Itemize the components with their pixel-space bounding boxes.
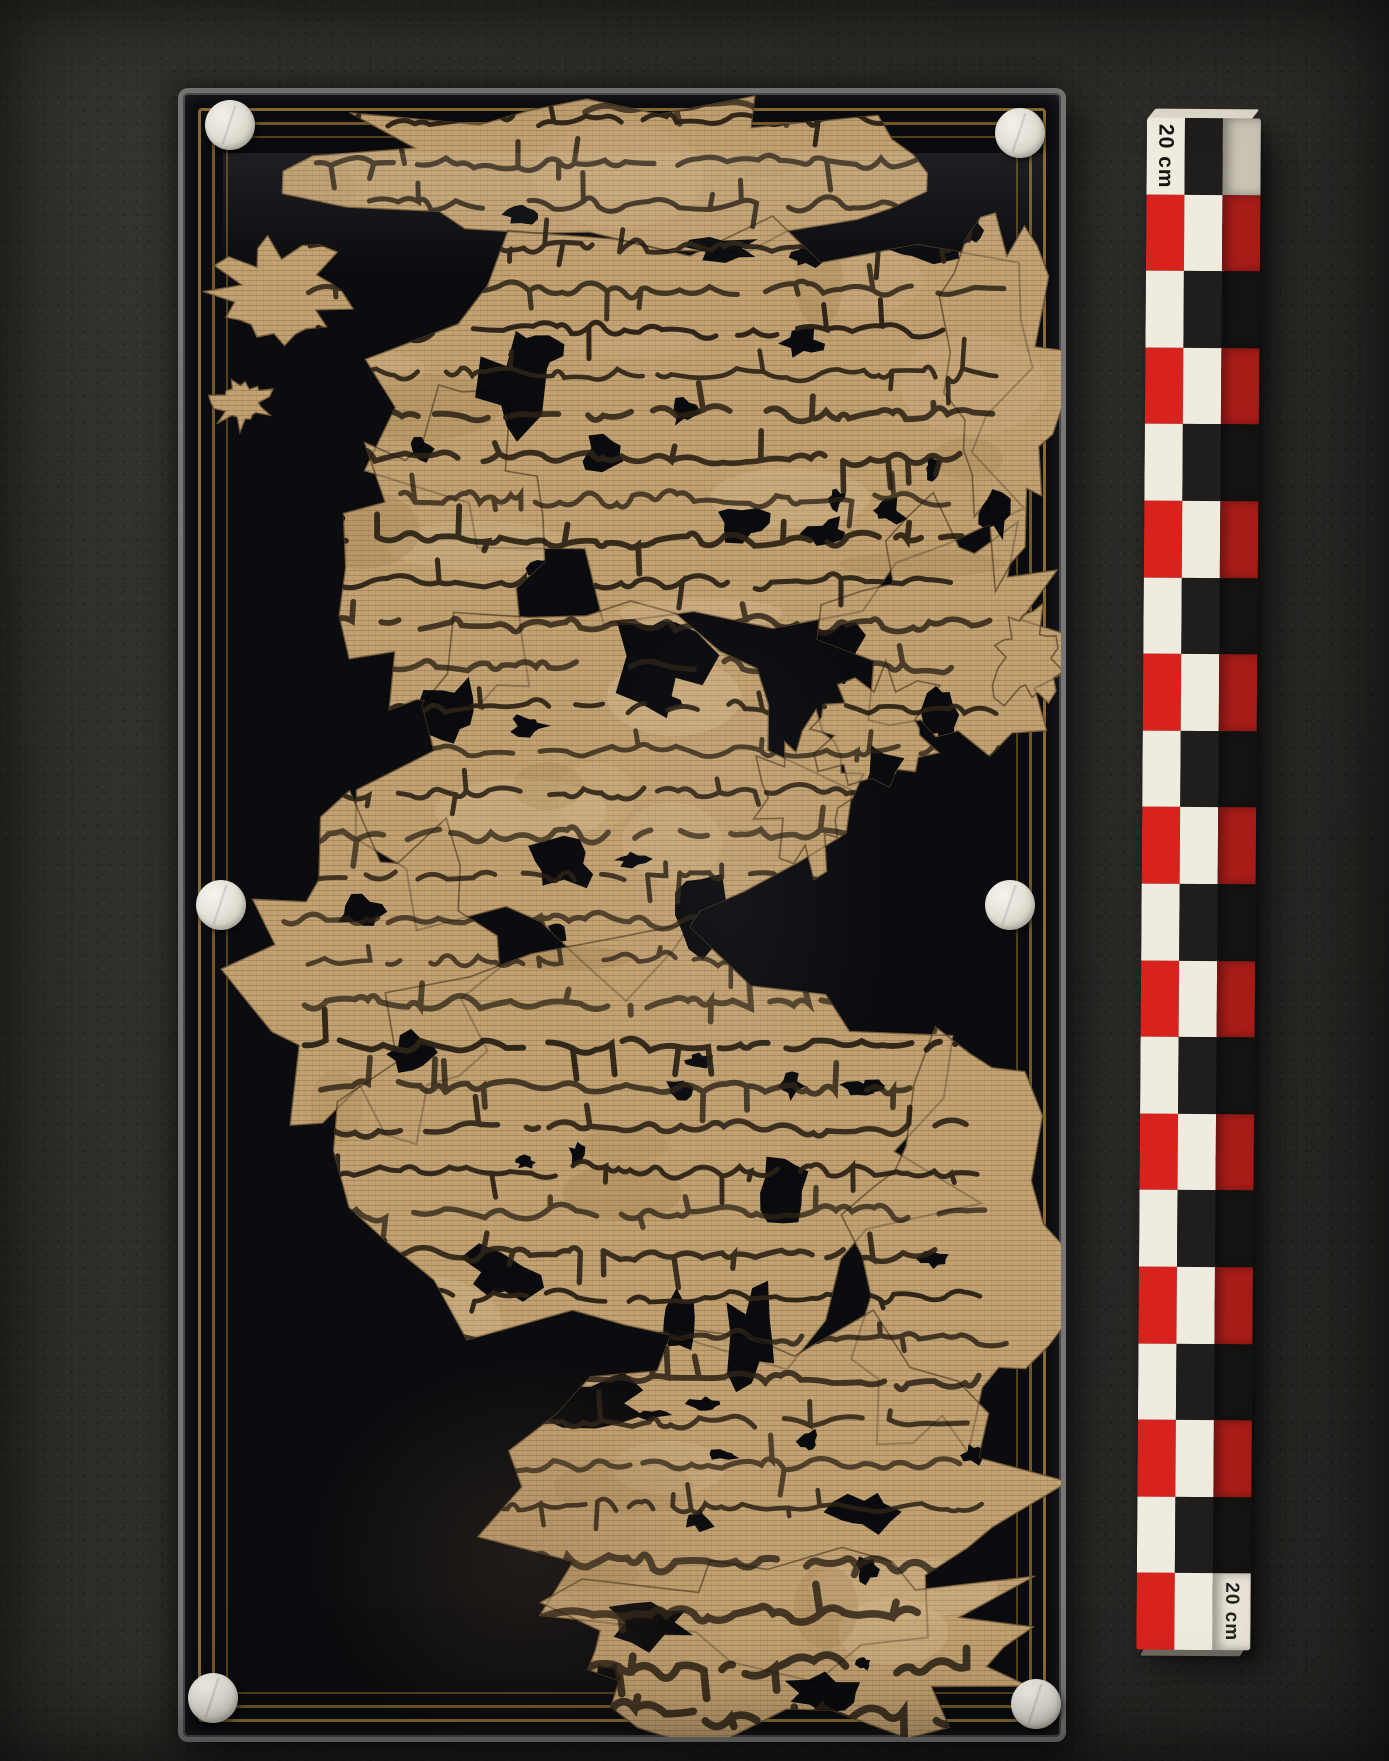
papyrus-fragment — [183, 93, 1061, 1737]
scale-bar-cell — [1182, 424, 1221, 501]
scale-bar-cell — [1184, 194, 1223, 271]
scale-bar-cell — [1219, 578, 1258, 655]
scale-bar-cell — [1175, 1497, 1214, 1574]
mount-screw-top-right — [995, 108, 1045, 158]
scale-bar-cell — [1176, 1343, 1215, 1420]
scale-bar-cell — [1137, 1420, 1176, 1497]
scale-bar-cell — [1179, 960, 1218, 1037]
scale-bar-cell — [1181, 577, 1220, 654]
scale-bar-cell — [1222, 118, 1261, 195]
mount-screw-middle-left — [196, 880, 246, 930]
scale-bar-cell — [1142, 730, 1181, 807]
scale-bar-grid — [1136, 118, 1261, 1651]
scale-bar-cell — [1216, 1037, 1255, 1114]
scale-bar-cell — [1217, 961, 1256, 1038]
scale-bar-cell — [1212, 1573, 1251, 1650]
scale-bar-cell — [1140, 1037, 1179, 1114]
scale-bar-cell — [1143, 577, 1182, 654]
scale-bar-cell — [1218, 731, 1257, 808]
scale-bar-cell — [1136, 1573, 1175, 1650]
scale-bar-cell — [1175, 1420, 1214, 1497]
scale-bar-cell — [1218, 808, 1257, 885]
scale-bar-cell — [1138, 1267, 1177, 1344]
scale-bar-cell — [1219, 654, 1258, 731]
papyrus-mount-frame — [178, 88, 1066, 1742]
scale-bar-cell — [1143, 654, 1182, 731]
scale-bar-cell — [1138, 1343, 1177, 1420]
scale-bar-cell — [1183, 271, 1222, 348]
scale-bar-cell — [1213, 1497, 1252, 1574]
scale-bar-cell — [1178, 1037, 1217, 1114]
scale-bar-cell — [1213, 1420, 1252, 1497]
scale-bar-cell — [1184, 118, 1223, 195]
scale-bar-cell — [1178, 1114, 1217, 1191]
scale-bar-cell — [1144, 501, 1183, 578]
scale-bar-cell — [1141, 960, 1180, 1037]
scale-bar-cell — [1146, 194, 1185, 271]
scale-bar-cell — [1183, 348, 1222, 425]
scale-bar-cell — [1142, 807, 1181, 884]
scale-bar-cell — [1221, 348, 1260, 425]
mount-screw-top-left — [205, 100, 255, 150]
scale-bar-cell — [1214, 1344, 1253, 1421]
scale-bar-cell — [1216, 1114, 1255, 1191]
scale-bar-cell — [1140, 1113, 1179, 1190]
scale-bar-cell — [1146, 118, 1185, 195]
scale-bar-cell — [1179, 884, 1218, 961]
scale-bar-cell — [1220, 425, 1259, 502]
scale-bar-cell — [1217, 884, 1256, 961]
photo-scale-bar: 20 cm 20 cm — [1136, 118, 1261, 1651]
scale-bar-cell — [1177, 1190, 1216, 1267]
scale-bar-cell — [1137, 1496, 1176, 1573]
mount-screw-bottom-right — [1011, 1679, 1061, 1729]
scale-bar-cell — [1215, 1190, 1254, 1267]
scale-bar-cell — [1144, 424, 1183, 501]
scale-bar-cell — [1176, 1267, 1215, 1344]
scale-bar-cell — [1222, 195, 1261, 272]
scale-bar-cell — [1214, 1267, 1253, 1344]
scale-bar-cell — [1139, 1190, 1178, 1267]
scale-bar-cell — [1220, 501, 1259, 578]
mount-screw-middle-right — [985, 880, 1035, 930]
photo-scene: 20 cm 20 cm — [0, 0, 1389, 1761]
scale-bar-cell — [1141, 884, 1180, 961]
scale-bar-cell — [1174, 1573, 1213, 1650]
scale-bar-cell — [1145, 347, 1184, 424]
scale-bar-cell — [1181, 654, 1220, 731]
scale-bar-cell — [1221, 271, 1260, 348]
scale-bar-cell — [1180, 807, 1219, 884]
mount-screw-bottom-left — [188, 1673, 238, 1723]
scale-bar-cell — [1145, 271, 1184, 348]
scale-bar-cell — [1182, 501, 1221, 578]
scale-bar-cell — [1180, 731, 1219, 808]
